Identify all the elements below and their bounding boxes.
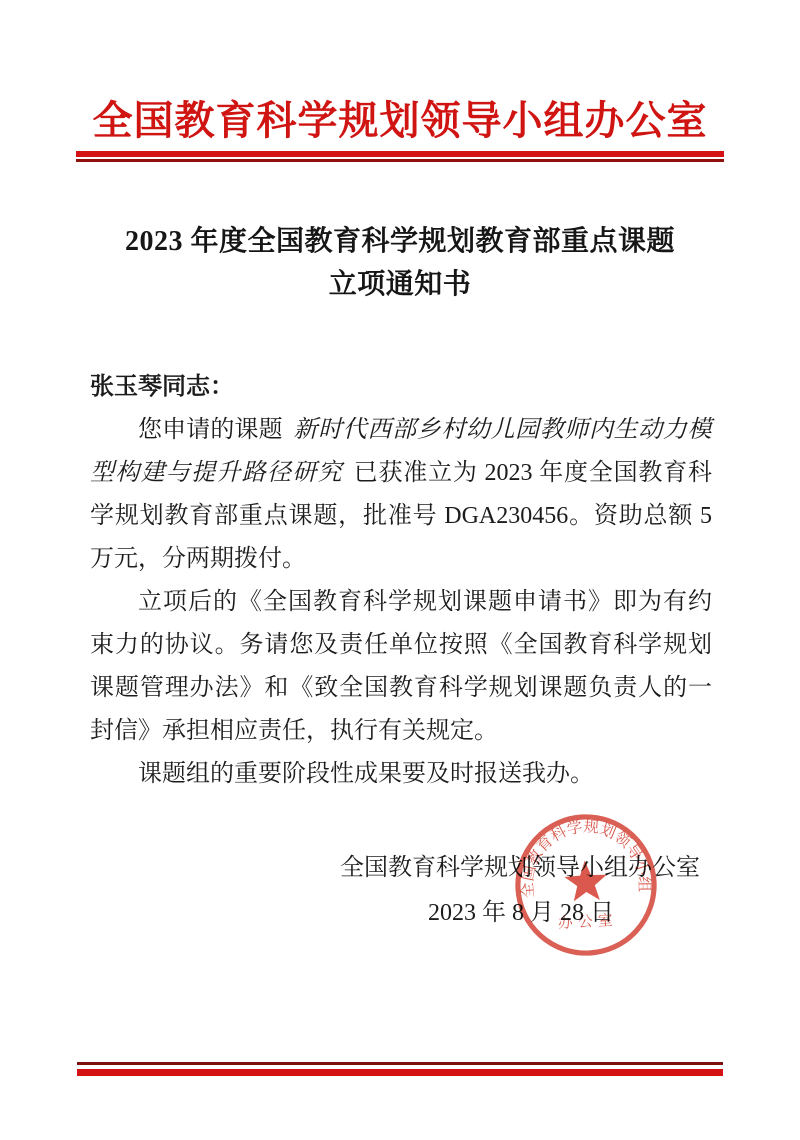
paragraph-approval: 您申请的课题新时代西部乡村幼儿园教师内生动力模型构建与提升路径研究已获准立为 2…: [90, 409, 712, 581]
paragraph-approval-lead: 您申请的课题: [138, 417, 283, 443]
document-title-line2: 立项通知书: [0, 263, 800, 306]
document-title-line1: 2023 年度全国教育科学规划教育部重点课题: [0, 220, 800, 263]
paragraph-obligations: 立项后的《全国教育科学规划课题申请书》即为有约束力的协议。务请您及责任单位按照《…: [90, 581, 712, 753]
notice-document-page: 全国教育科学规划领导小组办公室 2023 年度全国教育科学规划教育部重点课题 立…: [0, 0, 800, 1140]
letterhead-double-rule: [76, 151, 724, 162]
footer-rule-thick: [77, 1069, 723, 1076]
closing-date: 2023 年 8 月 28 日: [0, 891, 614, 936]
closing-signer: 全国教育科学规划领导小组办公室: [0, 846, 700, 891]
letter-body: 张玉琴同志： 您申请的课题新时代西部乡村幼儿园教师内生动力模型构建与提升路径研究…: [0, 366, 800, 796]
footer-double-rule: [77, 1062, 723, 1076]
document-title: 2023 年度全国教育科学规划教育部重点课题 立项通知书: [0, 220, 800, 306]
letterhead-rule-thin: [76, 159, 724, 162]
paragraph-reporting: 课题组的重要阶段性成果要及时报送我办。: [90, 753, 712, 796]
footer-rule-thin: [77, 1062, 723, 1065]
letterhead-rule-thick: [76, 151, 724, 157]
closing-block: 全国教育科学规划领导小组办公室 2023 年 8 月 28 日: [0, 846, 800, 936]
letterhead-org-title: 全国教育科学规划领导小组办公室: [0, 98, 800, 144]
salutation: 张玉琴同志：: [90, 366, 712, 409]
